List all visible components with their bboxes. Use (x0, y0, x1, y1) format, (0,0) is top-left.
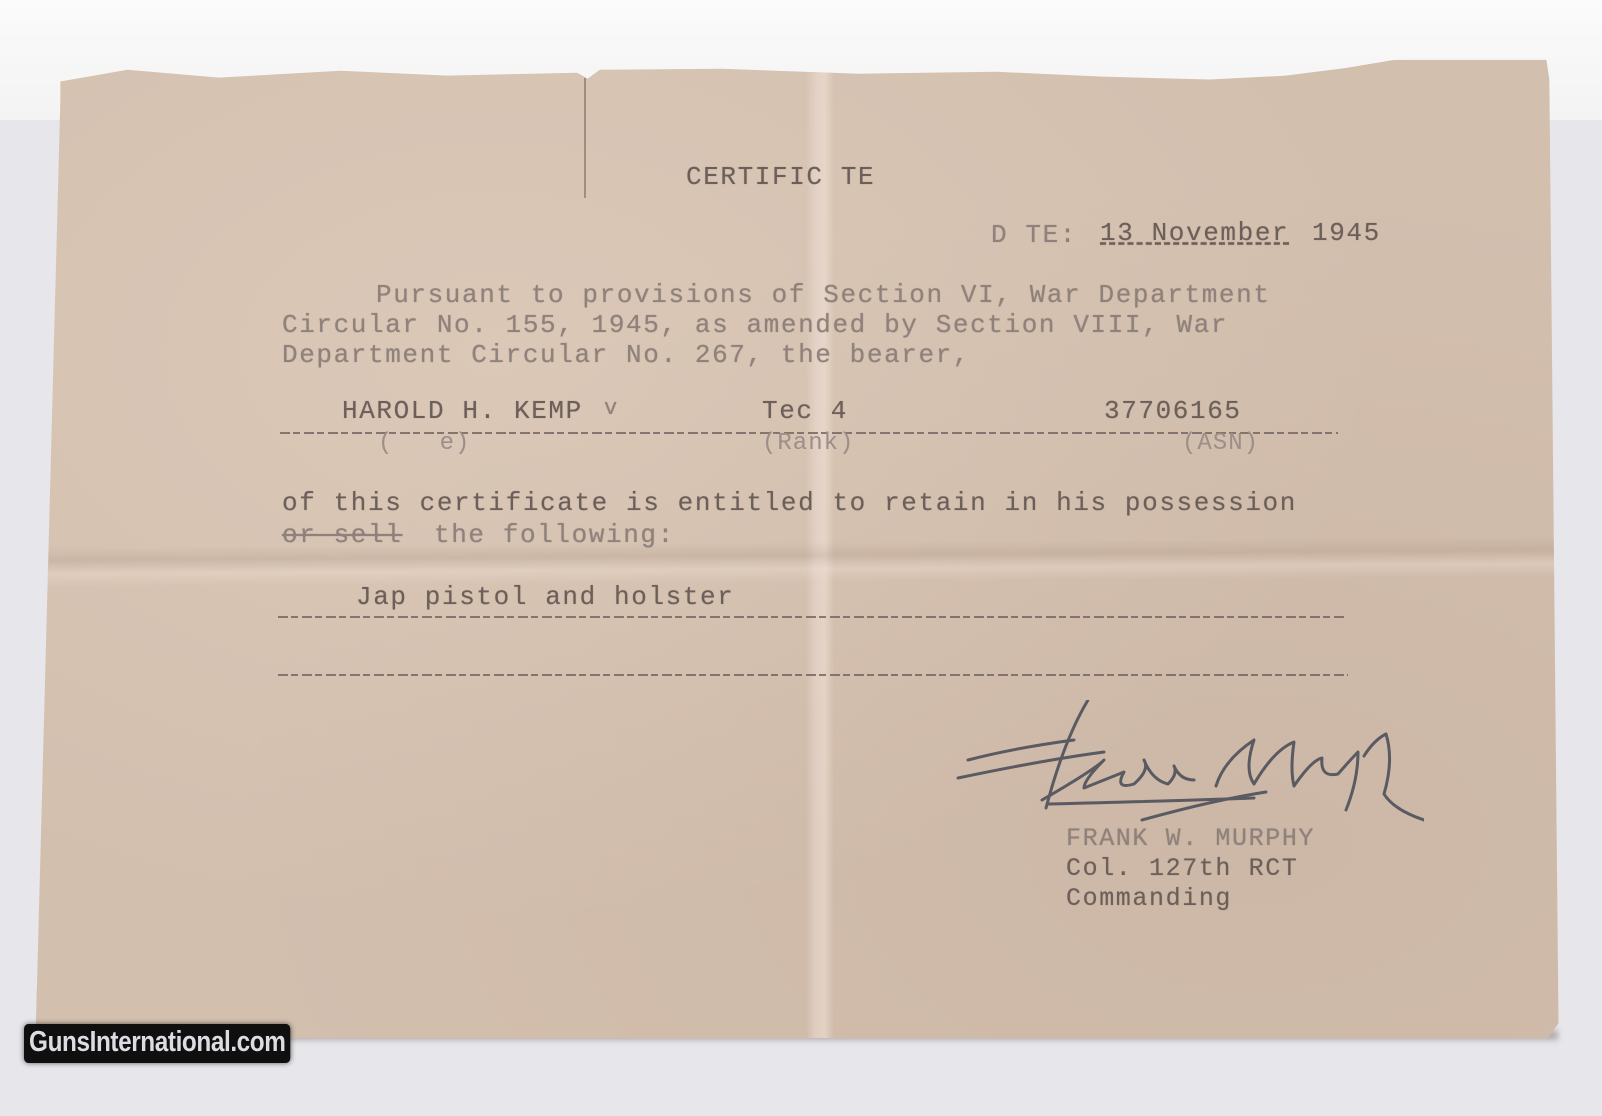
date-year: 1945 (1312, 218, 1381, 248)
date-label: D TE: (991, 220, 1077, 250)
signatory-role: Commanding (1066, 884, 1232, 913)
paper-tear (584, 78, 586, 198)
signatory-title: Col. 127th RCT (1066, 854, 1298, 883)
signatory-typed-name: FRANK W. MURPHY (1066, 824, 1315, 853)
name-caption: ( e) (378, 430, 470, 457)
asn-caption: (ASN) (1182, 430, 1259, 457)
bearer-rank: Tec 4 (762, 396, 848, 426)
rank-caption: (Rank) (762, 430, 854, 457)
signature-icon (954, 700, 1424, 840)
item-line-1 (278, 616, 1346, 618)
date-value: 13 November (1100, 218, 1289, 248)
struck-text: or sell (282, 520, 402, 550)
item-line-2 (278, 674, 1348, 676)
entitlement-line-1: of this certificate is entitled to retai… (282, 488, 1297, 518)
entitlement-line-2: the following: (434, 520, 675, 550)
body-line-3: Department Circular No. 267, the bearer, (282, 340, 970, 370)
signature (954, 700, 1424, 840)
body-line-1: Pursuant to provisions of Section VI, Wa… (376, 280, 1271, 310)
certificate-paper: CERTIFIC TE D TE: 13 November 1945 Pursu… (36, 60, 1560, 1038)
item-1: Jap pistol and holster (356, 582, 734, 612)
horizontal-fold-crease (36, 537, 1560, 588)
bearer-name: HAROLD H. KEMP (342, 396, 583, 426)
body-line-2: Circular No. 155, 1945, as amended by Se… (282, 310, 1228, 340)
watermark-logo: GunsInternational.com (24, 1024, 291, 1063)
bearer-name-checkmark: v (604, 396, 619, 421)
bearer-asn: 37706165 (1104, 396, 1242, 426)
certificate-title: CERTIFIC TE (686, 162, 875, 192)
